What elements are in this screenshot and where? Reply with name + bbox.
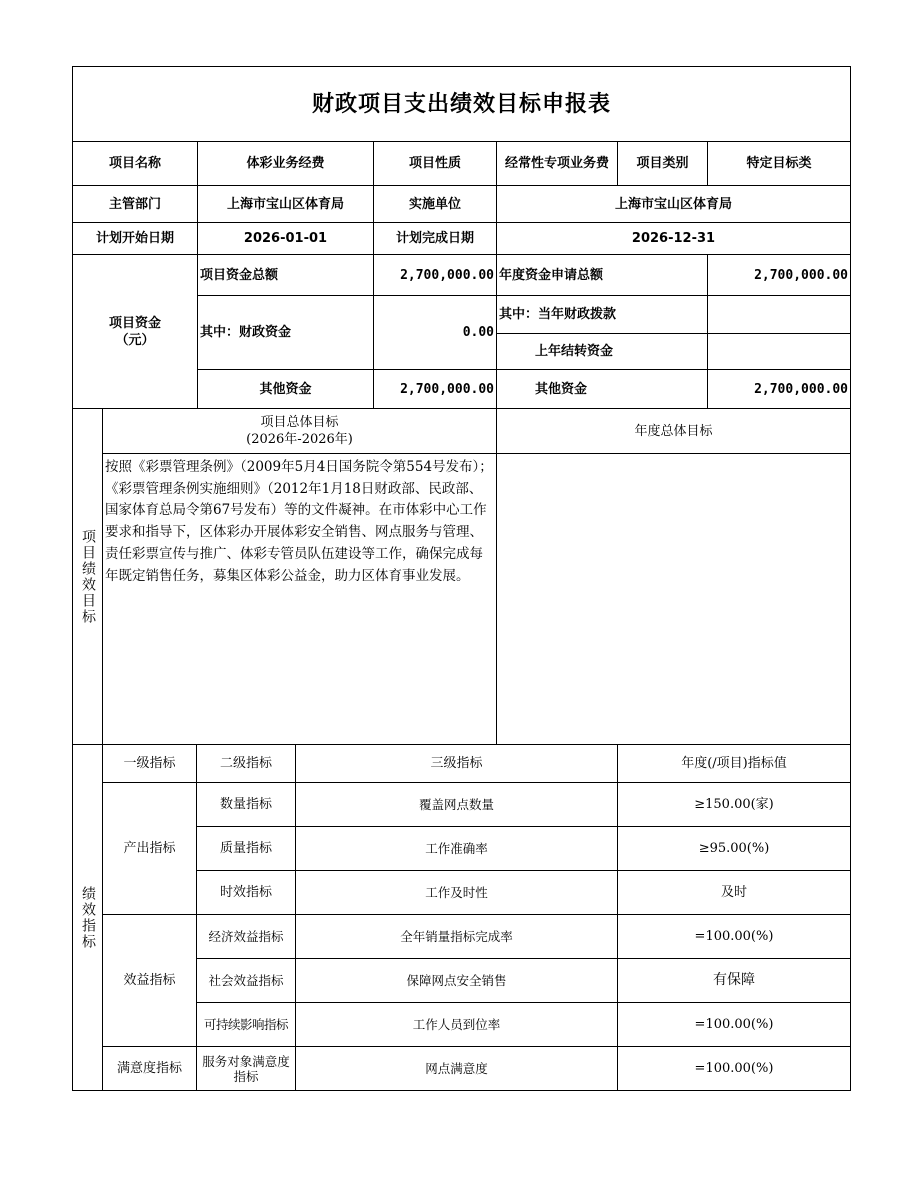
header-level3: 三级指标 <box>295 744 618 783</box>
other-funds-value: 2,700,000.00 <box>373 369 497 409</box>
annual-total-label: 年度资金申请总额 <box>496 254 708 296</box>
group-output: 产出指标 <box>102 782 197 915</box>
overall-goal-text: 按照《彩票管理条例》（2009年5月4日国务院令第554号发布）；《彩票管理条例… <box>102 453 497 745</box>
row-level2: 经济效益指标 <box>196 914 296 959</box>
end-date-label: 计划完成日期 <box>373 222 497 255</box>
row-level2: 社会效益指标 <box>196 958 296 1003</box>
carryover-label: 上年结转资金 <box>496 333 708 370</box>
group-satisfaction: 满意度指标 <box>102 1046 197 1091</box>
fiscal-funds-label: 其中：财政资金 <box>197 295 374 370</box>
row-level3: 覆盖网点数量 <box>295 782 618 827</box>
funds-section-label: 项目资金 （元） <box>72 254 198 409</box>
form-title: 财政项目支出绩效目标申报表 <box>72 66 851 142</box>
row-level3: 网点满意度 <box>295 1046 618 1091</box>
indicators-section-label: 绩效指标 <box>72 744 103 1091</box>
annual-goal-header: 年度总体目标 <box>496 408 851 454</box>
annual-other-value: 2,700,000.00 <box>707 369 851 409</box>
row-level2: 可持续影响指标 <box>196 1002 296 1047</box>
row-value: 及时 <box>617 870 851 915</box>
dept-label: 主管部门 <box>72 185 198 223</box>
carryover-value <box>707 333 851 370</box>
header-level2: 二级指标 <box>196 744 296 783</box>
start-date-label: 计划开始日期 <box>72 222 198 255</box>
row-value: =100.00(%) <box>617 1002 851 1047</box>
indicators-section-text: 绩效指标 <box>79 886 96 950</box>
project-category-value: 特定目标类 <box>707 141 851 186</box>
current-fiscal-label: 其中：当年财政拨款 <box>496 295 708 334</box>
row-level3: 工作及时性 <box>295 870 618 915</box>
annual-other-label: 其他资金 <box>496 369 708 409</box>
overall-goal-header: 项目总体目标 (2026年-2026年) <box>102 408 497 454</box>
row-value: ≥150.00(家) <box>617 782 851 827</box>
project-name-value: 体彩业务经费 <box>197 141 374 186</box>
goals-section-label: 项目绩效目标 <box>72 408 103 745</box>
project-nature-value: 经常性专项业务费 <box>496 141 618 186</box>
start-date-value: 2026-01-01 <box>197 222 374 255</box>
end-date-value: 2026-12-31 <box>496 222 851 255</box>
dept-value: 上海市宝山区体育局 <box>197 185 374 223</box>
row-value: =100.00(%) <box>617 914 851 959</box>
row-value: 有保障 <box>617 958 851 1003</box>
row-level2: 质量指标 <box>196 826 296 871</box>
total-funds-value: 2,700,000.00 <box>373 254 497 296</box>
total-funds-label: 项目资金总额 <box>197 254 374 296</box>
row-level2: 数量指标 <box>196 782 296 827</box>
project-category-label: 项目类别 <box>617 141 708 186</box>
fiscal-funds-value: 0.00 <box>373 295 497 370</box>
goals-section-text: 项目绩效目标 <box>79 529 96 625</box>
header-value: 年度(/项目)指标值 <box>617 744 851 783</box>
row-level3: 保障网点安全销售 <box>295 958 618 1003</box>
row-level3: 全年销量指标完成率 <box>295 914 618 959</box>
row-value: =100.00(%) <box>617 1046 851 1091</box>
row-level2: 服务对象满意度指标 <box>196 1046 296 1091</box>
row-level3: 工作准确率 <box>295 826 618 871</box>
header-level1: 一级指标 <box>102 744 197 783</box>
group-benefit: 效益指标 <box>102 914 197 1047</box>
annual-total-value: 2,700,000.00 <box>707 254 851 296</box>
project-name-label: 项目名称 <box>72 141 198 186</box>
row-level3: 工作人员到位率 <box>295 1002 618 1047</box>
row-level2: 时效指标 <box>196 870 296 915</box>
annual-goal-text <box>496 453 851 745</box>
unit-label: 实施单位 <box>373 185 497 223</box>
project-nature-label: 项目性质 <box>373 141 497 186</box>
current-fiscal-value <box>707 295 851 334</box>
unit-value: 上海市宝山区体育局 <box>496 185 851 223</box>
other-funds-label: 其他资金 <box>197 369 374 409</box>
row-value: ≥95.00(%) <box>617 826 851 871</box>
